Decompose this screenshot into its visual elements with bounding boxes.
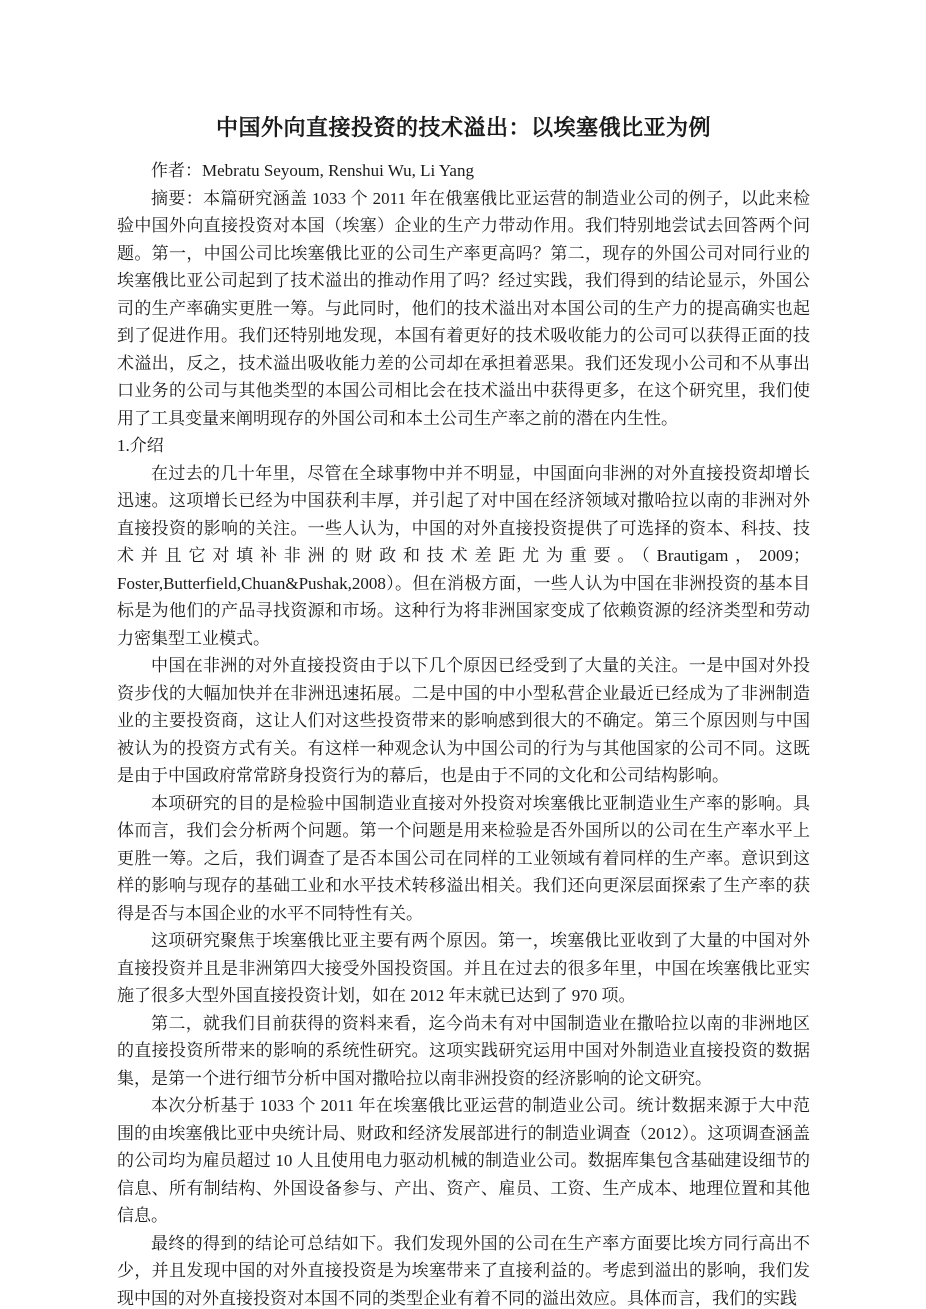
intro-paragraph-7: 最终的得到的结论可总结如下。我们发现外国的公司在生产率方面要比埃方同行高出不少，… [117,1230,810,1309]
author-line: 作者：Mebratu Seyoum, Renshui Wu, Li Yang [117,157,810,185]
document-page: 中国外向直接投资的技术溢出：以埃塞俄比亚为例 作者：Mebratu Seyoum… [0,0,926,1309]
intro-paragraph-1: 在过去的几十年里，尽管在全球事物中并不明显，中国面向非洲的对外直接投资却增长迅速… [117,460,810,653]
intro-paragraph-6: 本次分析基于 1033 个 2011 年在埃塞俄比亚运营的制造业公司。统计数据来… [117,1092,810,1230]
intro-paragraph-5: 第二，就我们目前获得的资料来看，迄今尚未有对中国制造业在撒哈拉以南的非洲地区的直… [117,1010,810,1093]
abstract-paragraph: 摘要：本篇研究涵盖 1033 个 2011 年在俄塞俄比亚运营的制造业公司的例子… [117,185,810,433]
intro-paragraph-2: 中国在非洲的对外直接投资由于以下几个原因已经受到了大量的关注。一是中国对外投资步… [117,652,810,790]
intro-paragraph-3: 本项研究的目的是检验中国制造业直接对外投资对埃塞俄比亚制造业生产率的影响。具体而… [117,790,810,928]
page-title: 中国外向直接投资的技术溢出：以埃塞俄比亚为例 [117,112,810,144]
intro-paragraph-4: 这项研究聚焦于埃塞俄比亚主要有两个原因。第一，埃塞俄比亚收到了大量的中国对外直接… [117,927,810,1010]
section-heading-introduction: 1.介绍 [117,432,810,460]
